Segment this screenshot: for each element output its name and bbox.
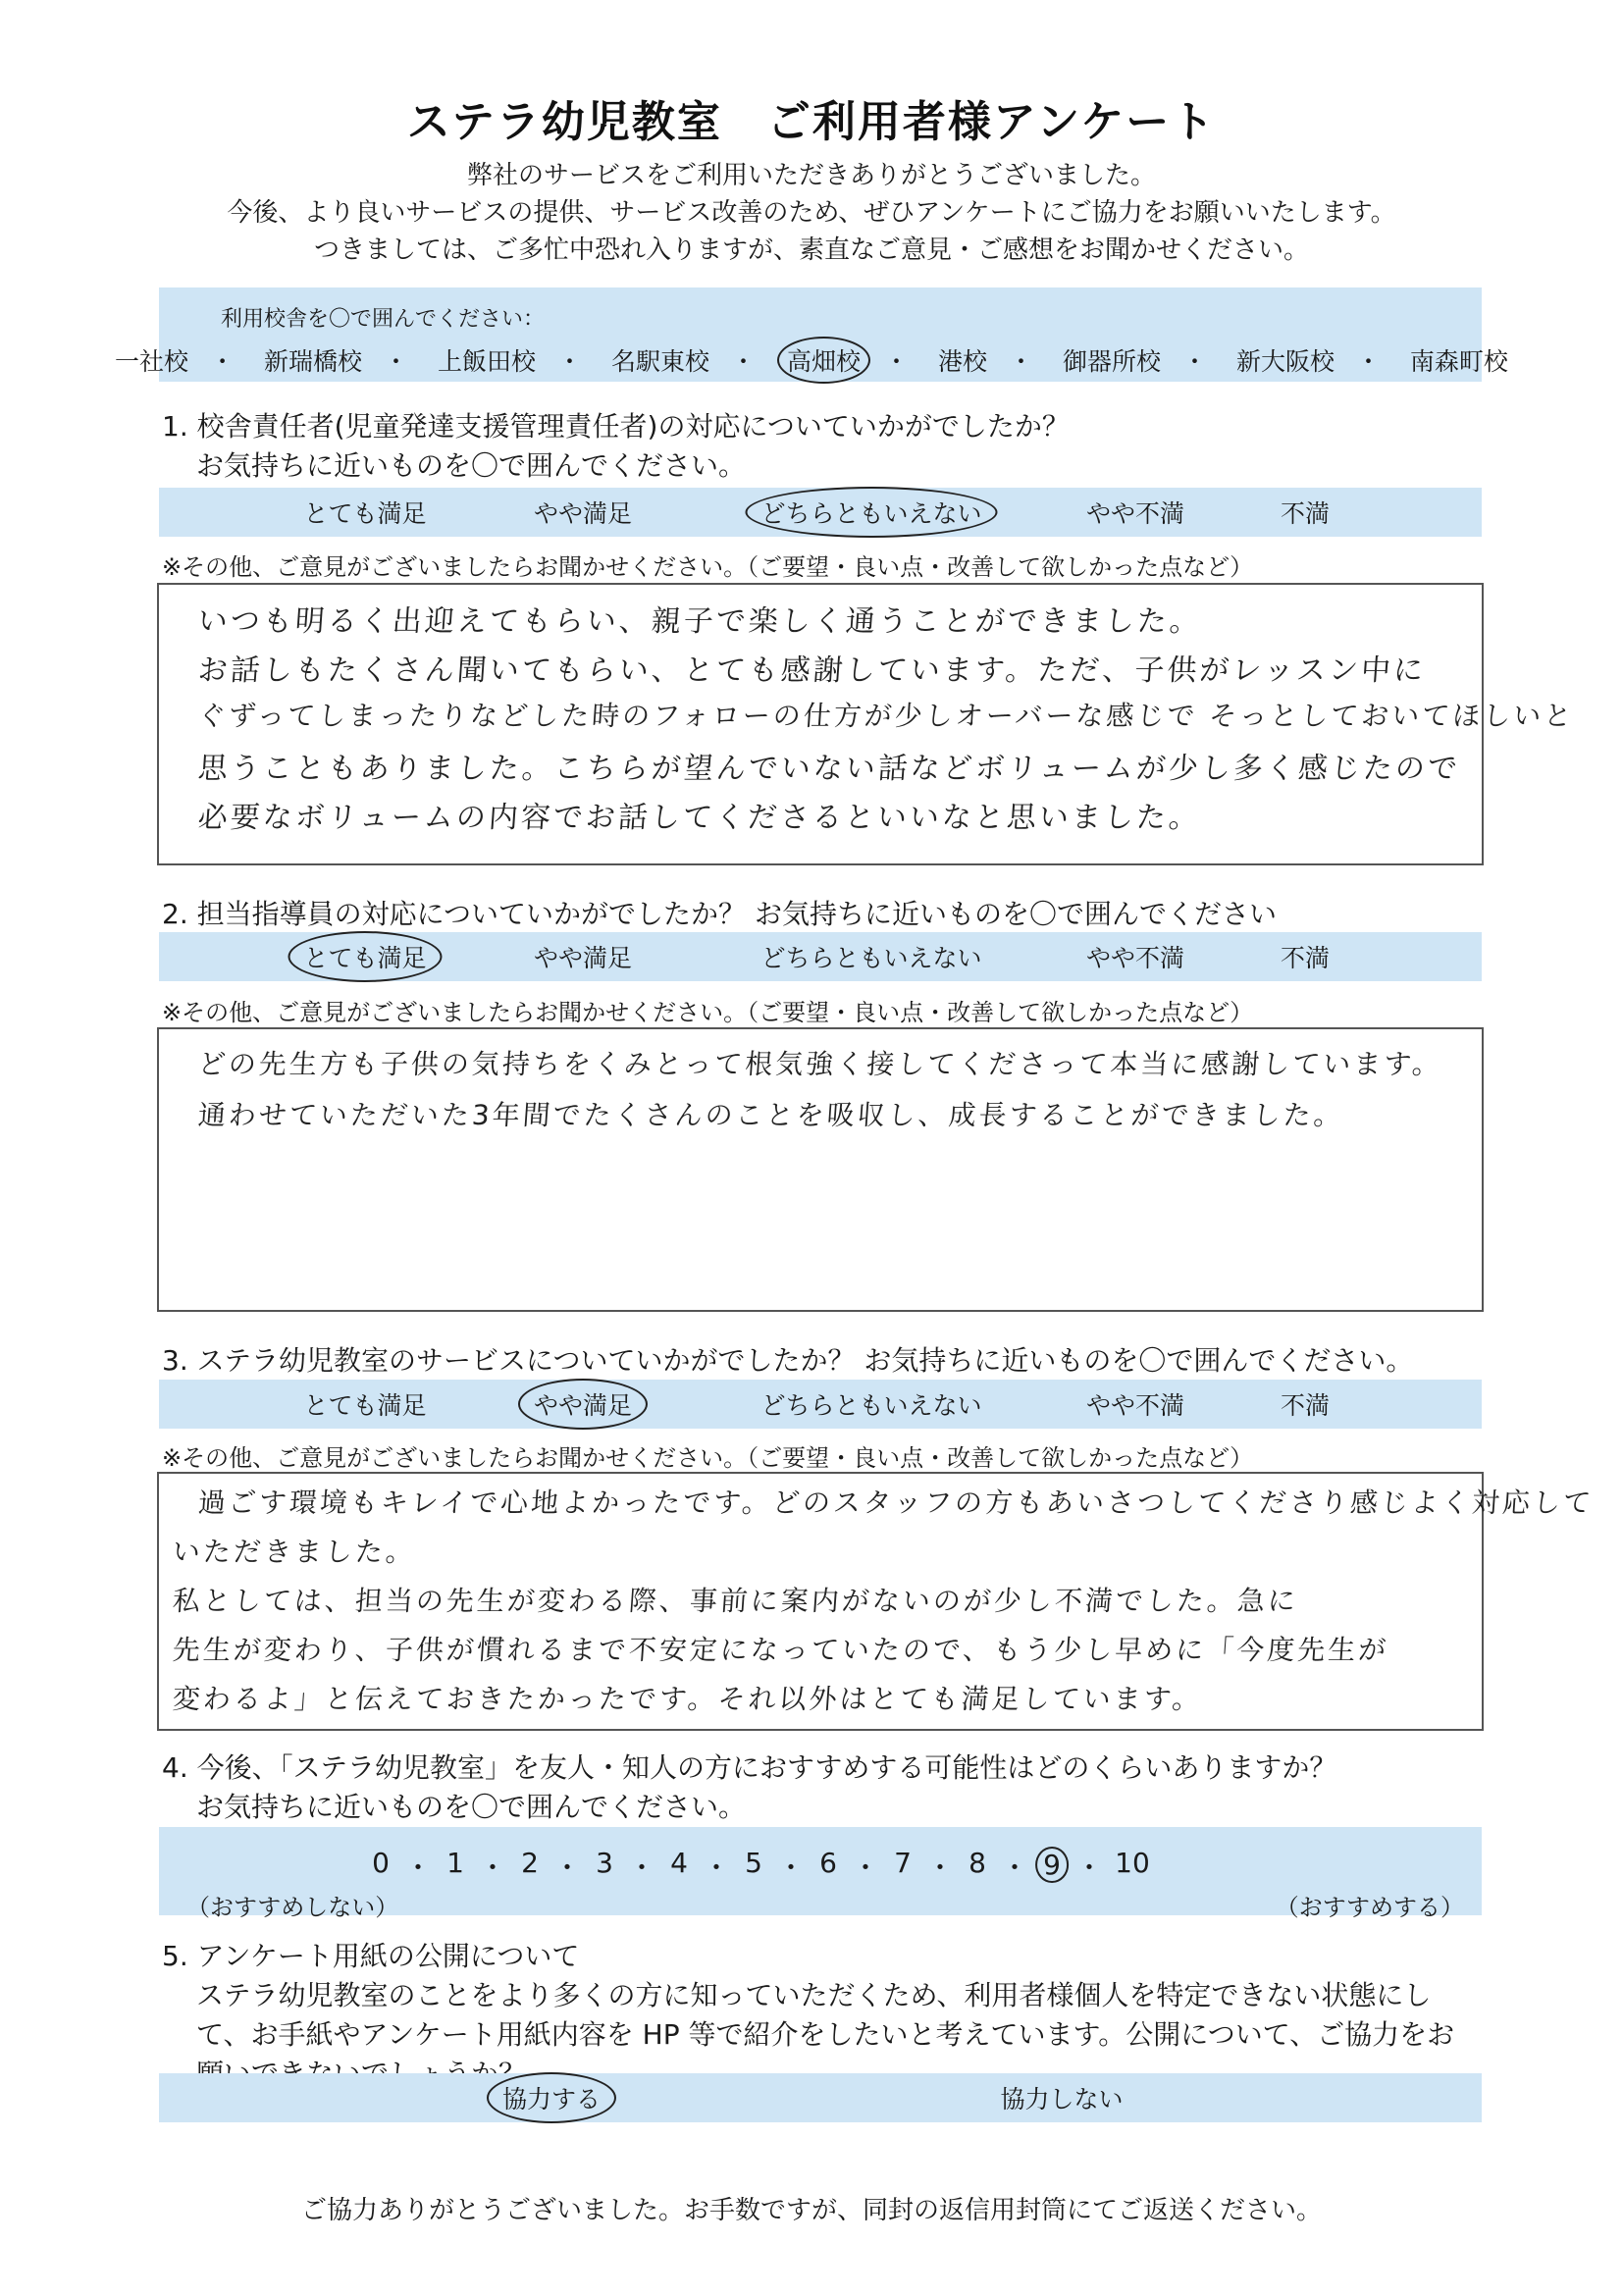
- page-title: ステラ幼児教室 ご利用者様アンケート: [0, 86, 1623, 149]
- q1-subtitle: お気持ちに近いものを〇で囲んでください。: [196, 444, 746, 484]
- q1-comment-line: いつも明るく出迎えてもらい、親子で楽しく通うことができました。: [196, 597, 1203, 640]
- separator: ・: [777, 1847, 805, 1886]
- q1-option-neutral-selected[interactable]: どちらともいえない: [745, 487, 997, 538]
- nps-option-8[interactable]: 8: [965, 1847, 990, 1879]
- q2-comment-line: 通わせていただいた3年間でたくさんのことを吸収し、成長することができました。: [197, 1094, 1346, 1133]
- nps-option-2[interactable]: 2: [517, 1847, 543, 1879]
- q3-option-satisfied-selected[interactable]: やや満足: [518, 1379, 648, 1430]
- separator: ・: [210, 342, 235, 378]
- school-selection-label: 利用校舎を〇で囲んでください：: [221, 302, 545, 333]
- school-option[interactable]: 新瑞橋校: [256, 340, 370, 380]
- q2-comment-line: どの先生方も子供の気持ちをくみとって根気強く接してくださって本当に感謝しています…: [197, 1043, 1444, 1082]
- separator: ・: [1009, 342, 1033, 378]
- consent-agree-selected[interactable]: 協力する: [487, 2072, 616, 2123]
- q1-option-very-dissatisfied[interactable]: 不満: [1271, 491, 1339, 534]
- separator: ・: [1001, 1847, 1028, 1886]
- q1-comment-line: 必要なボリュームの内容でお話してくださるといいなと思いました。: [196, 793, 1202, 836]
- nps-option-9-selected[interactable]: 9: [1035, 1847, 1069, 1883]
- intro-line-3: つきましては、ご多忙中恐れ入りますが、素直なご意見・ご感想をお聞かせください。: [0, 230, 1623, 266]
- school-option[interactable]: 名駅東校: [603, 340, 717, 380]
- school-option-selected[interactable]: 高畑校: [777, 337, 870, 384]
- separator: ・: [479, 1847, 506, 1886]
- separator: ・: [703, 1847, 730, 1886]
- q2-option-neutral[interactable]: どちらともいえない: [751, 935, 991, 978]
- q1-title: 1. 校舎責任者(児童発達支援管理責任者)の対応についていかがでしたか？: [162, 405, 1070, 444]
- separator: ・: [553, 1847, 581, 1886]
- q3-comment-box[interactable]: 過ごす環境もキレイで心地よかったです。どのスタッフの方もあいさつしてくださり感じ…: [157, 1472, 1484, 1731]
- nps-option-6[interactable]: 6: [815, 1847, 841, 1879]
- q2-option-satisfied[interactable]: やや満足: [524, 935, 642, 978]
- q4-title: 4. 今後、「ステラ幼児教室」を友人・知人の方におすすめする可能性はどのくらいあ…: [162, 1747, 1336, 1786]
- q3-comment-note: ※その他、ご意見がございましたらお聞かせください。（ご要望・良い点・改善して欲し…: [162, 1438, 1253, 1473]
- nps-option-4[interactable]: 4: [666, 1847, 692, 1879]
- separator: ・: [1356, 342, 1381, 378]
- q1-comment-line: お話しもたくさん聞いてもらい、とても感謝しています。ただ、子供がレッスン中に: [196, 646, 1427, 689]
- nps-option-10[interactable]: 10: [1111, 1847, 1154, 1879]
- school-option[interactable]: 港校: [930, 340, 995, 380]
- intro-line-2: 今後、より良いサービスの提供、サービス改善のため、ぜひアンケートにご協力をお願い…: [0, 192, 1623, 229]
- q4-subtitle: お気持ちに近いものを〇で囲んでください。: [196, 1786, 746, 1825]
- q3-title: 3. ステラ幼児教室のサービスについていかがでしたか？ お気持ちに近いものを〇で…: [162, 1339, 1413, 1379]
- q4-scale-band: 0 ・ 1 ・ 2 ・ 3 ・ 4 ・ 5 ・ 6 ・ 7 ・ 8 ・ 9 ・ …: [159, 1827, 1482, 1915]
- q2-option-very-dissatisfied[interactable]: 不満: [1271, 935, 1339, 978]
- separator: ・: [926, 1847, 954, 1886]
- q1-comment-box[interactable]: いつも明るく出迎えてもらい、親子で楽しく通うことができました。 お話しもたくさん…: [157, 583, 1484, 865]
- q1-option-dissatisfied[interactable]: やや不満: [1076, 491, 1194, 534]
- consent-decline[interactable]: 協力しない: [990, 2076, 1132, 2119]
- q2-rating-band: とても満足 やや満足 どちらともいえない やや不満 不満: [159, 932, 1482, 981]
- separator: ・: [1075, 1847, 1103, 1886]
- school-options: 一社校・ 新瑞橋校・ 上飯田校・ 名駅東校・ 高畑校・ 港校・ 御器所校・ 新大…: [0, 337, 1623, 384]
- q3-comment-line: 過ごす環境もキレイで心地よかったです。どのスタッフの方もあいさつしてくださり感じ…: [197, 1482, 1596, 1521]
- intro-line-1: 弊社のサービスをご利用いただきありがとうございました。: [0, 155, 1623, 191]
- q5-body-line: て、お手紙やアンケート用紙内容を HP 等で紹介をしたいと考えています。公開につ…: [196, 2013, 1454, 2053]
- nps-option-1[interactable]: 1: [443, 1847, 468, 1879]
- separator: ・: [557, 342, 582, 378]
- school-option[interactable]: 一社校: [107, 340, 196, 380]
- q1-comment-line: ぐずってしまったりなどした時のフォローの仕方が少しオーバーな感じで そっとしてお…: [197, 695, 1576, 734]
- separator: ・: [852, 1847, 879, 1886]
- q5-body-line: ステラ幼児教室のことをより多くの方に知っていただくため、利用者様個人を特定できな…: [196, 1974, 1431, 2013]
- q3-comment-line: 先生が変わり、子供が慣れるまで不安定になっていたので、もう少し早めに「今度先生が: [172, 1629, 1390, 1668]
- school-option[interactable]: 南森町校: [1402, 340, 1516, 380]
- school-option[interactable]: 御器所校: [1055, 340, 1169, 380]
- nps-option-7[interactable]: 7: [890, 1847, 916, 1879]
- q1-option-very-satisfied[interactable]: とても満足: [293, 491, 436, 534]
- nps-option-3[interactable]: 3: [592, 1847, 617, 1879]
- separator: ・: [628, 1847, 655, 1886]
- q3-comment-line: 私としては、担当の先生が変わる際、事前に案内がないのが少し不満でした。急に: [172, 1580, 1300, 1619]
- q5-title: 5. アンケート用紙の公開について: [162, 1935, 579, 1974]
- separator: ・: [884, 342, 909, 378]
- nps-option-5[interactable]: 5: [741, 1847, 766, 1879]
- q3-comment-line: いただきました。: [172, 1531, 418, 1570]
- school-option[interactable]: 上飯田校: [430, 340, 544, 380]
- q1-comment-note: ※その他、ご意見がございましたらお聞かせください。（ご要望・良い点・改善して欲し…: [162, 548, 1253, 582]
- q2-title: 2. 担当指導員の対応についていかがでしたか？ お気持ちに近いものを〇で囲んでく…: [162, 893, 1277, 932]
- q3-option-neutral[interactable]: どちらともいえない: [751, 1383, 991, 1426]
- q1-rating-band: とても満足 やや満足 どちらともいえない やや不満 不満: [159, 488, 1482, 537]
- q5-consent-band: 協力する 協力しない: [159, 2073, 1482, 2122]
- q3-option-very-dissatisfied[interactable]: 不満: [1271, 1383, 1339, 1426]
- nps-low-label: （おすすめしない）: [186, 1888, 398, 1922]
- separator: ・: [384, 342, 408, 378]
- separator: ・: [731, 342, 756, 378]
- q1-comment-line: 思うこともありました。こちらが望んでいない話などボリュームが少し多く感じたので: [196, 744, 1461, 787]
- q2-comment-note: ※その他、ご意見がございましたらお聞かせください。（ご要望・良い点・改善して欲し…: [162, 993, 1253, 1027]
- nps-high-label: （おすすめする）: [1276, 1888, 1464, 1922]
- nps-option-0[interactable]: 0: [368, 1847, 393, 1879]
- q2-comment-box[interactable]: どの先生方も子供の気持ちをくみとって根気強く接してくださって本当に感謝しています…: [157, 1027, 1484, 1312]
- q3-rating-band: とても満足 やや満足 どちらともいえない やや不満 不満: [159, 1380, 1482, 1429]
- q2-option-very-satisfied-selected[interactable]: とても満足: [288, 931, 442, 982]
- footer-thanks: ご協力ありがとうございました。お手数ですが、同封の返信用封筒にてご返送ください。: [0, 2190, 1623, 2226]
- q3-comment-line: 変わるよ」と伝えておきたかったです。それ以外はとても満足しています。: [172, 1678, 1204, 1717]
- q3-option-dissatisfied[interactable]: やや不満: [1076, 1383, 1194, 1426]
- q1-option-satisfied[interactable]: やや満足: [524, 491, 642, 534]
- school-option[interactable]: 新大阪校: [1229, 340, 1342, 380]
- separator: ・: [404, 1847, 432, 1886]
- q2-option-dissatisfied[interactable]: やや不満: [1076, 935, 1194, 978]
- separator: ・: [1182, 342, 1207, 378]
- q3-option-very-satisfied[interactable]: とても満足: [293, 1383, 436, 1426]
